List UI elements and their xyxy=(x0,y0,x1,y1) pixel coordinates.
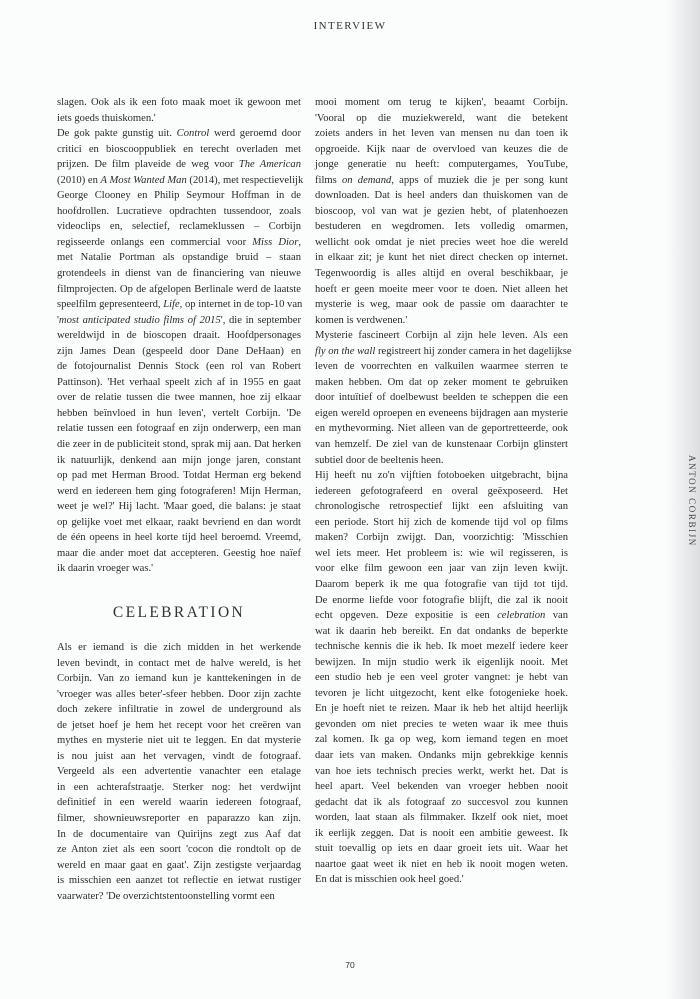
text-line: naartoe gaat weet ik niet en heb ik nooi… xyxy=(315,857,568,873)
text-line: bestuderen en wegdromen. Iets volledig o… xyxy=(315,219,568,235)
text-line: jonge generatie nu heeft: computergames,… xyxy=(315,157,568,173)
text-line: ik natuurlijk, denkend aan mijn jonge ja… xyxy=(57,453,301,469)
text-line: tevoren je licht uitgezocht, kent elke f… xyxy=(315,686,568,702)
left-column-text: slagen. Ook als ik een foto maak moet ik… xyxy=(57,95,301,577)
text-line: In de documentaire van Quirijns zegt zus… xyxy=(57,827,301,843)
text-line: door intuïtief of doelbewust beelden te … xyxy=(315,390,568,406)
text-line: zijn James Dean (gespeeld door Dane DeHa… xyxy=(57,344,301,360)
text-line: en mythevorming. Niet alleen van de gepo… xyxy=(315,421,568,437)
text-line: een periode. Stort hij zich de komende t… xyxy=(315,515,568,531)
text-line: Hij heeft nu zo'n vijftien fotoboeken ui… xyxy=(315,468,568,484)
text-line: mythes en mysterie niet uit te leggen. E… xyxy=(57,733,301,749)
celebration-section-text: Als er iemand is die zich midden in het … xyxy=(57,640,301,904)
text-line: wereldwijd in de bioscopen draait. Hoofd… xyxy=(57,328,301,344)
text-line: Als er iemand is die zich midden in het … xyxy=(57,640,301,656)
text-line: filmprojecten. Op de afgelopen Berlinale… xyxy=(57,282,301,298)
section-title-celebration: CELEBRATION xyxy=(57,604,301,622)
text-line: zal komen. Ik ga op weg, kom iemand tege… xyxy=(315,732,568,748)
text-line: En je hoeft niet te reizen. Maar ik heb … xyxy=(315,701,568,717)
text-line: worden, laat staan als filmmaker. Ikzelf… xyxy=(315,810,568,826)
text-line: hoeft er geen moeite meer voor te doen. … xyxy=(315,282,568,298)
text-line: heel apart. Veel bekenden van vroeger he… xyxy=(315,779,568,795)
text-line: werd en iedereen hem ging fotograferen! … xyxy=(57,484,301,500)
text-line: En dat is misschien ook heel goed.' xyxy=(315,872,568,888)
text-line: over de relatie tussen die twee mannen, … xyxy=(57,390,301,406)
text-line: doch zekere infiltratie in zowel de unde… xyxy=(57,702,301,718)
text-line: hebben beïnvloed in hun leven', vertelt … xyxy=(57,406,301,422)
text-line: ik eerlijk zeggen. Dat is nooit een ambi… xyxy=(315,826,568,842)
text-line: van hoe iets technisch precies werkt, we… xyxy=(315,764,568,780)
text-line: echt opgeven. Deze expositie is een cele… xyxy=(315,608,568,624)
text-line: 'Vooral op die muziekwereld, want die be… xyxy=(315,111,568,127)
text-line: filmer, shownieuwsreporter en paparazzo … xyxy=(57,811,301,827)
text-line: van hemzelf. De ziel van de kunstenaar C… xyxy=(315,437,568,453)
text-line: in een achterafstraatje. Sterker nog: he… xyxy=(57,780,301,796)
text-line: in elkaar zit; je kunt het niet direct c… xyxy=(315,250,568,266)
text-line: technische kennis die ik heb. Ik moet me… xyxy=(315,639,568,655)
text-line: Tegenwoordig is alles altijd en overal b… xyxy=(315,266,568,282)
text-line: bewijzen. In mijn studio werk ik eigenli… xyxy=(315,655,568,671)
text-line: prijzen. De film plaveide de weg voor Th… xyxy=(57,157,301,173)
text-line: daar iets van maken. Ondanks mijn gebrek… xyxy=(315,748,568,764)
text-line: bioscoop, vol van wat je gezien hebt, of… xyxy=(315,204,568,220)
text-line: Mysterie fascineert Corbijn al zijn hele… xyxy=(315,328,568,344)
text-line: de jetset hoef je hem het recept voor he… xyxy=(57,718,301,734)
text-line: speelfilm gepresenteerd, Life, op intern… xyxy=(57,297,301,313)
text-line: ik daarin vroeger was.' xyxy=(57,561,301,577)
text-line: Corbijn. Van zo iemand kun je kanttekeni… xyxy=(57,671,301,687)
text-line: 'most anticipated studio films of 2015',… xyxy=(57,313,301,329)
text-line: opgroeide. Kijk naar de overvloed van ke… xyxy=(315,142,568,158)
text-line: eigen wereld oproepen en eveneens bijdra… xyxy=(315,406,568,422)
text-line: komen is verdwenen.' xyxy=(315,313,568,329)
text-line: maken hebben. Om dat op zeker moment te … xyxy=(315,375,568,391)
text-line: iets goeds thuiskomen.' xyxy=(57,111,301,127)
text-line: definitief in een wereld waarin iedereen… xyxy=(57,795,301,811)
text-line: De enorme liefde voor fotografie blijft,… xyxy=(315,593,568,609)
text-line: een studio heb je een veel groter vangne… xyxy=(315,670,568,686)
text-line: leven bevindt, in contact met de halve w… xyxy=(57,656,301,672)
text-line: maar die ander moet dat accepteren. Gees… xyxy=(57,546,301,562)
text-line: mysterie is weg, maar ook de passie om d… xyxy=(315,297,568,313)
text-line: relatie tussen een fotograaf en zijn ond… xyxy=(57,421,301,437)
text-line: (2010) en A Most Wanted Man (2014), met … xyxy=(57,173,301,189)
text-line: slagen. Ook als ik een foto maak moet ik… xyxy=(57,95,301,111)
page-number: 70 xyxy=(0,960,700,970)
text-line: Vergeeld als een advertentie vanachter e… xyxy=(57,764,301,780)
text-line: films on demand, apps of muziek die je p… xyxy=(315,173,568,189)
text-line: chronologische retrospectief lijkt een a… xyxy=(315,499,568,515)
text-line: George Clooney en Philip Seymour Hoffman… xyxy=(57,188,301,204)
text-line: regisseerde onlangs een commercial voor … xyxy=(57,235,301,251)
text-line: op pad met Herman Brood. Totdat Herman e… xyxy=(57,468,301,484)
text-line: 'vroeger was alles beter'-sfeer hebben. … xyxy=(57,687,301,703)
text-line: fly on the wall registreert hij zonder c… xyxy=(315,344,568,360)
text-line: critici en bioscooppubliek en terecht ov… xyxy=(57,142,301,158)
text-line: Pattinson). 'Het verhaal speelt zich af … xyxy=(57,375,301,391)
text-line: gedacht dat ik als fotograaf zo succesvo… xyxy=(315,795,568,811)
text-line: videoclips en, selectief, reclameklussen… xyxy=(57,219,301,235)
text-line: is nou juist aan het vervagen, vindt de … xyxy=(57,749,301,765)
text-line: de één opeens in heel korte tijd heel be… xyxy=(57,530,301,546)
text-line: ze Anton ziet als een soort 'cocon die r… xyxy=(57,842,301,858)
text-line: wat ik daarin heb bereikt. En dat ondank… xyxy=(315,624,568,640)
text-line: stuit toevallig op iets en daar groeit i… xyxy=(315,841,568,857)
text-line: hoofdrollen. Lucratieve opdrachten tusse… xyxy=(57,204,301,220)
section-header: INTERVIEW xyxy=(0,20,700,32)
text-line: Daarom beperk ik me qua fotografie van t… xyxy=(315,577,568,593)
text-line: downloaden. Dat is heel anders dan thuis… xyxy=(315,188,568,204)
text-line: subtiel door de beeltenis heen. xyxy=(315,453,568,469)
right-column-text: mooi moment om terug te kijken', beaamt … xyxy=(315,95,568,888)
text-line: weet je wel?' Hij lacht. 'Maar goed, die… xyxy=(57,499,301,515)
text-line: op gelijke voet met elkaar, raakt bevrie… xyxy=(57,515,301,531)
text-line: De gok pakte gunstig uit. Control werd g… xyxy=(57,126,301,142)
text-line: iedereen gefotografeerd en overal geëxpo… xyxy=(315,484,568,500)
text-line: met Natalie Portman als opstandige bruid… xyxy=(57,250,301,266)
text-line: maken? Corbijn zwijgt. Dan, voorzichtig:… xyxy=(315,530,568,546)
text-line: mooi moment om terug te kijken', beaamt … xyxy=(315,95,568,111)
text-line: leven de voorrechten en valkuilen waarme… xyxy=(315,359,568,375)
text-line: zoiets anders in het leven van mensen nu… xyxy=(315,126,568,142)
text-line: vaarwater? 'De overzichtstentoonstelling… xyxy=(57,889,301,905)
text-line: de fotojournalist Dennis Stock (een rol … xyxy=(57,359,301,375)
text-line: gevonden om niet precies te weten waar i… xyxy=(315,717,568,733)
text-line: die zeer in de publiciteit stond, sprak … xyxy=(57,437,301,453)
text-line: grotendeels in dienst van de financierin… xyxy=(57,266,301,282)
text-line: wereld en maar gaat en gaat'. Zijn zesti… xyxy=(57,858,301,874)
running-title-vertical: ANTON CORBIJN xyxy=(683,455,697,585)
text-line: voor elke film gewoon een jaar van zijn … xyxy=(315,561,568,577)
text-line: wel iets meer. Het probleem is: wie wil … xyxy=(315,546,568,562)
text-line: wellicht ook omdat je niet precies weet … xyxy=(315,235,568,251)
text-line: is misschien een aanzet tot reflectie en… xyxy=(57,873,301,889)
